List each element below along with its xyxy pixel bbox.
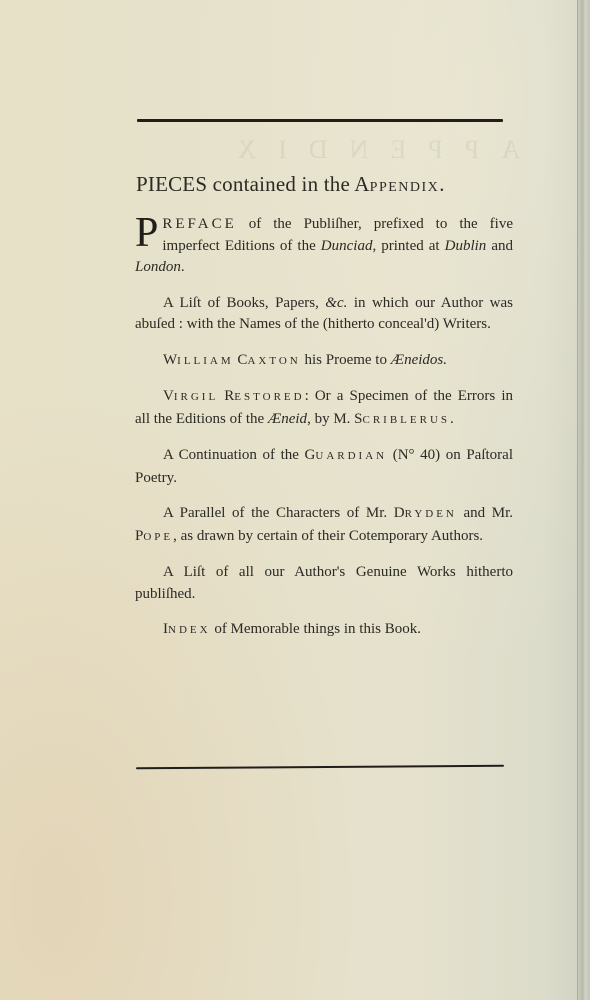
entry-genuine-works: A Liſt of all our Author's Genuine Works…	[135, 562, 513, 605]
entry-index: Index of Memorable things in this Book.	[135, 619, 513, 642]
title-lead: PIECES contained in the	[136, 172, 354, 196]
contents-list: PREFACE of the Publiſher, prefixed to th…	[135, 214, 513, 656]
title-end: .	[439, 172, 444, 196]
entry-virgil-restored: Virgil Restored: Or a Specimen of the Er…	[135, 386, 513, 431]
drop-cap: P	[135, 216, 158, 250]
top-rule	[137, 119, 503, 122]
entry-caxton: William Caxton his Proeme to Æneidos.	[135, 350, 513, 373]
title-cap: A	[354, 172, 369, 196]
bleed-through-text: APPENDIX	[150, 135, 520, 165]
entry-guardian: A Continuation of the Guardian (N° 40) o…	[135, 445, 513, 489]
entry-parallel: A Parallel of the Characters of Mr. Dryd…	[135, 503, 513, 548]
page-spine-edge	[577, 0, 590, 1000]
page-title: PIECES contained in the APPENDIX.	[136, 172, 516, 197]
title-smallcaps: PPENDIX	[370, 180, 440, 195]
entry-preface: PREFACE of the Publiſher, prefixed to th…	[135, 214, 513, 279]
bottom-rule	[136, 765, 504, 770]
entry-list-of-books: A Liſt of Books, Papers, &c. in which ou…	[135, 293, 513, 336]
